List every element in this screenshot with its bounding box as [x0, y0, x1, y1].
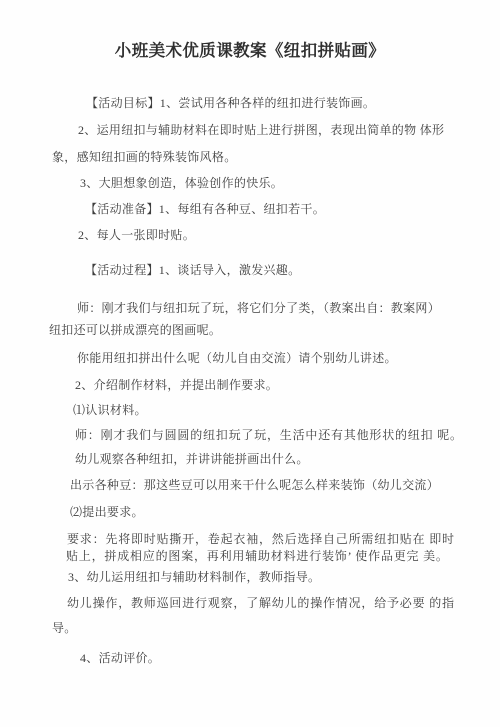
line-requirements-header: ⑵提出要求。	[70, 505, 144, 520]
line-observe-buttons: 幼儿观察各种纽扣，并讲讲能拼画出什么。	[75, 452, 309, 467]
document-title: 小班美术优质课教案《纽扣拼贴画》	[0, 37, 500, 61]
line-goal-2-part-b: 象，感知纽扣画的特殊装饰风格。	[52, 150, 237, 165]
line-preparation-header: 【活动准备】1、每组有各种豆、纽扣若干。	[85, 202, 325, 217]
line-know-materials: ⑴认识材料。	[73, 403, 147, 418]
line-teacher-intro-part-a: 师：刚才我们与纽扣玩了玩，将它们分了类，（教案出自：教案网）	[77, 301, 440, 316]
line-show-beans: 出示各种豆：那这些豆可以用来干什么呢怎么样来装饰（幼儿交流）	[70, 478, 439, 493]
line-step-3-making: 3、幼儿运用纽扣与辅助材料制作，教师指导。	[68, 570, 320, 585]
line-goal-3: 3、大胆想象创造，体验创作的快乐。	[80, 176, 283, 191]
line-teacher-intro-part-b: 纽扣还可以拼成漂亮的图画呢。	[49, 323, 221, 338]
line-step-4-evaluation: 4、活动评价。	[80, 651, 160, 666]
line-teacher-shapes: 师：刚才我们与圆圆的纽扣玩了玩，生活中还有其他形状的纽扣 呢。	[75, 428, 463, 443]
line-activity-goals-header: 【活动目标】1、尝试用各种各样的纽扣进行装饰画。	[86, 96, 375, 111]
line-requirements-part-b: 贴上，拼成相应的图案，再利用辅助材料进行装饰’ 使作品更完 美。	[66, 549, 449, 564]
line-preparation-2: 2、每人一张即时贴。	[78, 228, 195, 243]
document-page: 小班美术优质课教案《纽扣拼贴画》 【活动目标】1、尝试用各种各样的纽扣进行装饰画…	[0, 0, 500, 727]
line-children-operate-a: 幼儿操作，教师巡回进行观察，了解幼儿的操作情况，给予必要 的指	[67, 596, 455, 611]
line-children-operate-b: 导。	[52, 621, 77, 636]
line-requirements-part-a: 要求：先将即时贴撕开，卷起衣袖，然后选择自己所需纽扣贴在 即时	[67, 532, 455, 547]
line-children-share: 你能用纽扣拼出什么呢（幼儿自由交流）请个别幼儿讲述。	[77, 351, 397, 366]
line-step-2-materials: 2、介绍制作材料，并提出制作要求。	[75, 378, 278, 393]
line-process-header: 【活动过程】1、谈话导入，激发兴趣。	[85, 263, 300, 278]
line-goal-2-part-a: 2、运用纽扣与辅助材料在即时贴上进行拼图，表现出简单的物 体形	[78, 123, 444, 138]
